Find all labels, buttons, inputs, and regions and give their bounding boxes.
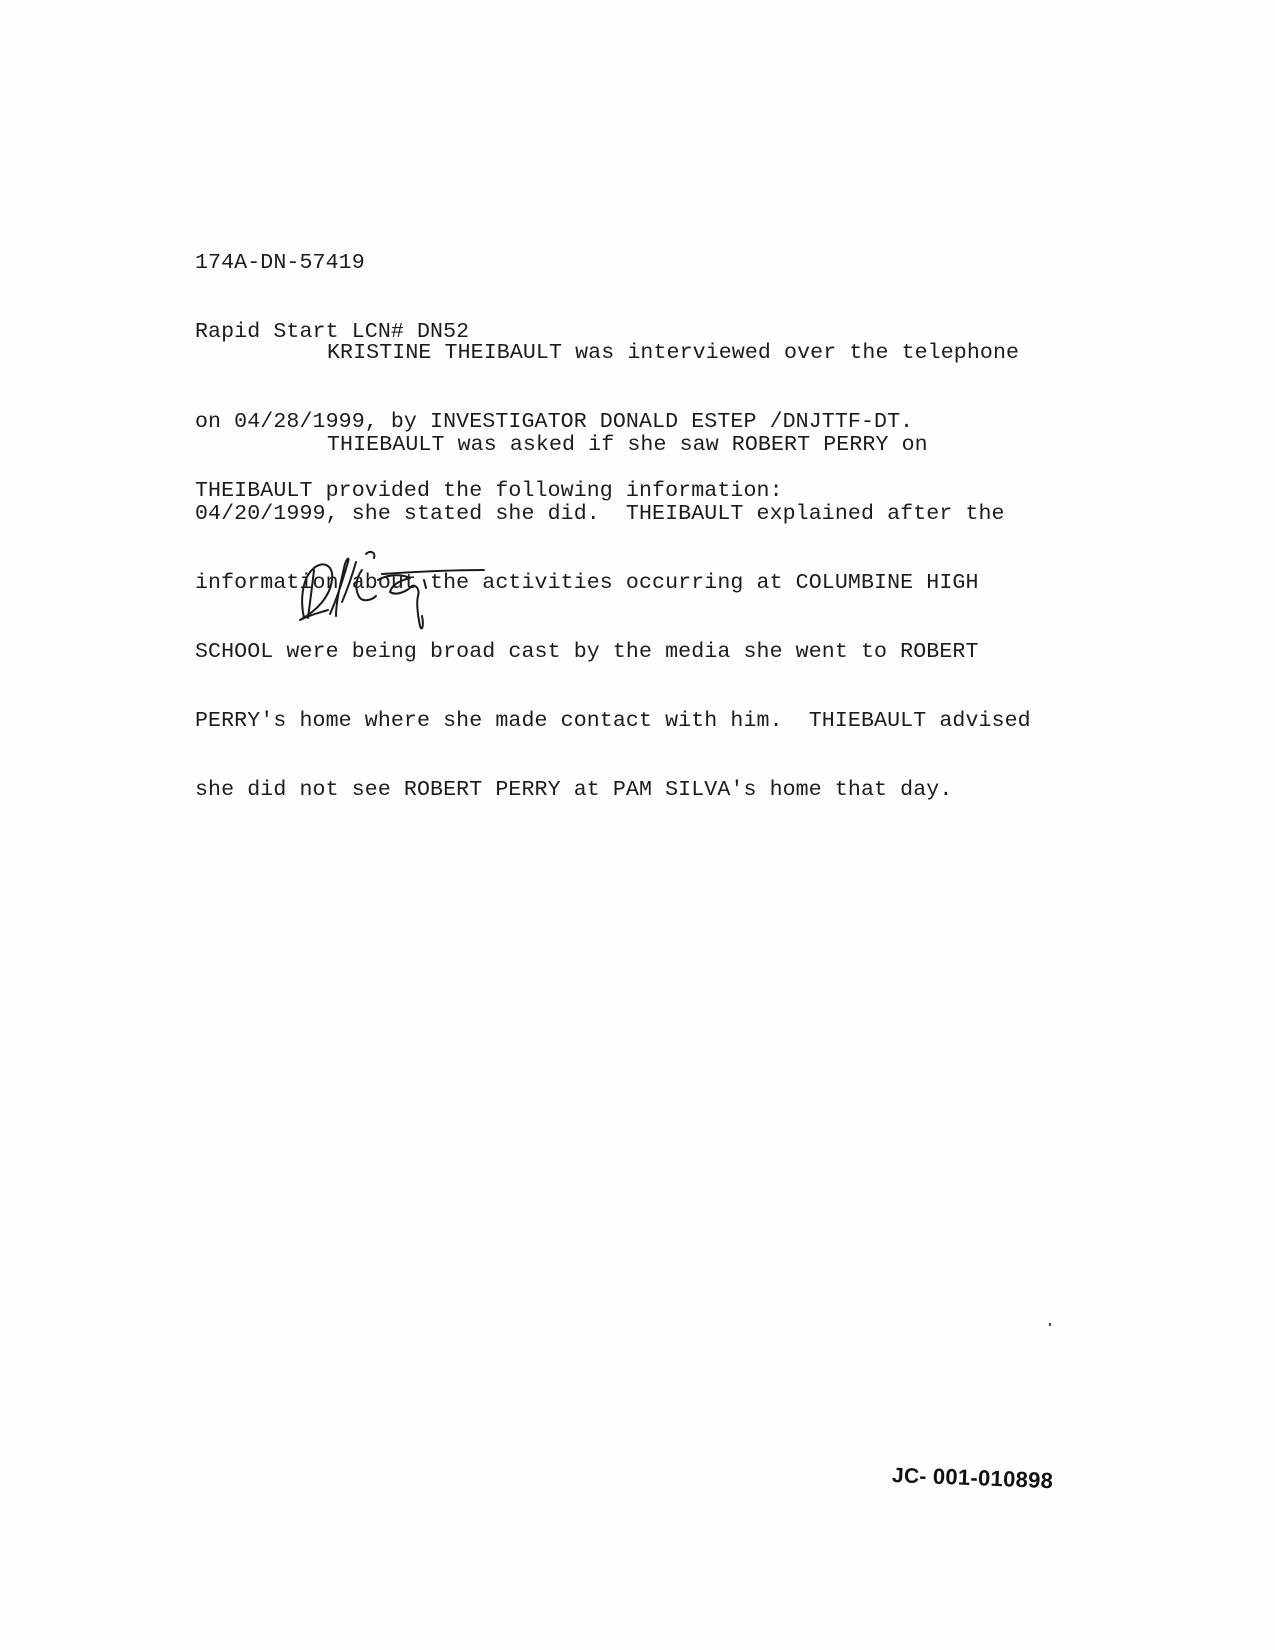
paragraph-line: THIEBAULT was asked if she saw ROBERT PE…: [195, 434, 1031, 457]
paragraph-line: SCHOOL were being broad cast by the medi…: [195, 641, 1031, 664]
bates-stamp: JC- 001-010898: [892, 1462, 1054, 1494]
signature-initials: [292, 540, 492, 635]
paragraph-line: KRISTINE THEIBAULT was interviewed over …: [195, 342, 1019, 365]
paragraph-line: PERRY's home where she made contact with…: [195, 710, 1031, 733]
bates-number: 001-010898: [932, 1464, 1053, 1494]
file-number: 174A-DN-57419: [195, 252, 469, 275]
paragraph-line: she did not see ROBERT PERRY at PAM SILV…: [195, 779, 1031, 802]
paragraph-line: 04/20/1999, she stated she did. THEIBAUL…: [195, 503, 1031, 526]
bates-prefix: JC-: [892, 1464, 934, 1489]
document-page: 174A-DN-57419 Rapid Start LCN# DN52 KRIS…: [0, 0, 1275, 1650]
scan-artifact: [1049, 1323, 1051, 1326]
